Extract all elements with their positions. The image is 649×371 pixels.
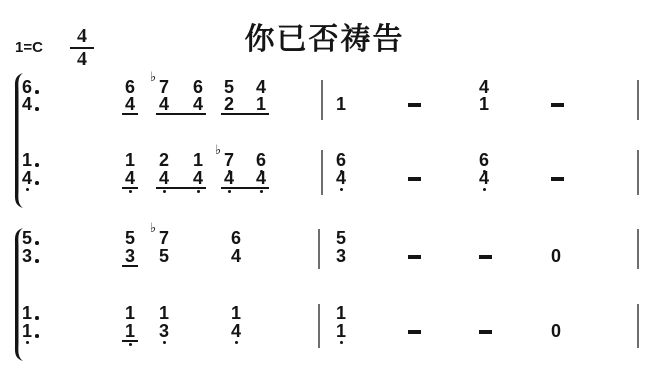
note-digit: 4 (336, 172, 346, 185)
note-digit: 1 (125, 154, 135, 167)
note-digit: 4 (193, 172, 203, 185)
barline (637, 229, 639, 269)
time-signature-numerator: 4 (77, 27, 87, 46)
note-digit: 4 (159, 172, 169, 185)
barline (321, 80, 323, 120)
key-signature: 1=C (15, 39, 43, 56)
low-octave-dot (26, 341, 29, 344)
note-digit: 4 (256, 81, 266, 94)
note-digit: 2 (159, 154, 169, 167)
note-digit: 1 (231, 307, 241, 320)
note-digit: 4 (224, 172, 234, 185)
note-digit: 4 (159, 98, 169, 111)
low-octave-dot (340, 341, 343, 344)
page-title: 你已否祷告 (0, 14, 649, 58)
note-digit: 3 (159, 325, 169, 338)
sustain-dash (551, 177, 564, 181)
note-digit: 1 (22, 307, 32, 320)
note-digit: 1 (479, 98, 489, 111)
note-digit: 5 (125, 232, 135, 245)
note-digit: 6 (479, 154, 489, 167)
note-digit: 4 (193, 98, 203, 111)
note-digit: 1 (22, 325, 32, 338)
note-digit: 5 (336, 232, 346, 245)
note-digit: 4 (125, 172, 135, 185)
duration-dot (35, 107, 39, 111)
rest-zero: 0 (551, 250, 561, 263)
low-octave-dot (129, 343, 132, 346)
note-digit: 4 (22, 98, 32, 111)
note-digit: 6 (193, 81, 203, 94)
note-digit: 4 (231, 325, 241, 338)
note-digit: 1 (193, 154, 203, 167)
duration-dot (35, 181, 39, 185)
low-octave-dot (163, 190, 166, 193)
note-digit: 5 (159, 250, 169, 263)
duration-dot (35, 259, 39, 263)
duration-dot (35, 90, 39, 94)
beam-line (156, 113, 206, 115)
note-digit: 1 (336, 325, 346, 338)
low-octave-dot (26, 188, 29, 191)
beam-line (221, 113, 269, 115)
low-octave-dot (129, 190, 132, 193)
barline (637, 80, 639, 120)
beam-line (221, 187, 269, 189)
low-octave-dot (340, 188, 343, 191)
note-digit: 5 (224, 81, 234, 94)
beam-line (122, 340, 138, 342)
beam-line (122, 187, 138, 189)
flat-icon: ♭ (150, 72, 156, 84)
note-digit: 1 (125, 307, 135, 320)
note-digit: 6 (125, 81, 135, 94)
low-octave-dot (228, 190, 231, 193)
note-digit: 4 (479, 172, 489, 185)
sustain-dash (479, 330, 492, 334)
sustain-dash (408, 330, 421, 334)
note-digit: 5 (22, 232, 32, 245)
note-digit: 3 (22, 250, 32, 263)
time-signature: 4 4 (69, 27, 95, 69)
flat-icon: ♭ (215, 145, 221, 157)
note-digit: 4 (125, 98, 135, 111)
note-digit: 3 (125, 250, 135, 263)
note-digit: 3 (336, 250, 346, 263)
sustain-dash (408, 177, 421, 181)
flat-icon: ♭ (150, 223, 156, 235)
beam-line (122, 265, 138, 267)
note-digit: 6 (22, 81, 32, 94)
low-octave-dot (197, 190, 200, 193)
note-digit: 4 (256, 172, 266, 185)
note-digit: 4 (231, 250, 241, 263)
barline (318, 304, 320, 348)
low-octave-dot (163, 341, 166, 344)
sheet-music-page: 你已否祷告 1=C 4 4 64647♭4645241141141424147♭… (0, 0, 649, 371)
barline (637, 304, 639, 348)
note-digit: 1 (22, 154, 32, 167)
note-digit: 4 (479, 81, 489, 94)
note-digit: 7 (159, 232, 169, 245)
sustain-dash (551, 103, 564, 107)
note-digit: 6 (256, 154, 266, 167)
duration-dot (35, 334, 39, 338)
barline (321, 150, 323, 195)
low-octave-dot (483, 188, 486, 191)
duration-dot (35, 241, 39, 245)
note-digit: 1 (336, 98, 346, 111)
note-digit: 1 (125, 325, 135, 338)
note-digit: 6 (231, 232, 241, 245)
low-octave-dot (235, 341, 238, 344)
barline (318, 229, 320, 269)
duration-dot (35, 163, 39, 167)
beam-line (122, 113, 138, 115)
note-digit: 7 (224, 154, 234, 167)
note-digit: 1 (159, 307, 169, 320)
barline (637, 150, 639, 195)
time-signature-denominator: 4 (77, 50, 87, 69)
beam-line (156, 187, 206, 189)
sustain-dash (408, 255, 421, 259)
rest-zero: 0 (551, 325, 561, 338)
low-octave-dot (260, 190, 263, 193)
note-digit: 4 (22, 172, 32, 185)
sustain-dash (408, 103, 421, 107)
sustain-dash (479, 255, 492, 259)
note-digit: 7 (159, 81, 169, 94)
note-digit: 6 (336, 154, 346, 167)
duration-dot (35, 316, 39, 320)
note-digit: 1 (256, 98, 266, 111)
note-digit: 1 (336, 307, 346, 320)
note-digit: 2 (224, 98, 234, 111)
